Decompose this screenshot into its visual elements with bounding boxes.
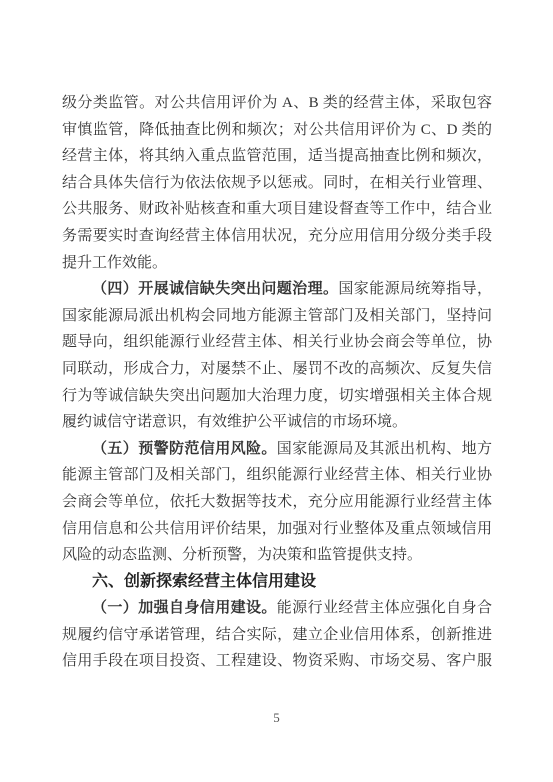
page-number: 5 [0,710,553,726]
text-line: 信用信息和公共信用评价结果，加强对行业整体及重点领域信用 [62,516,492,543]
body-text: 国家能源局及其派出机构、地方 [277,441,492,457]
body-text: 履约诚信守诺意识，有效维护公平诚信的市场环境。 [62,414,407,430]
text-line: 级分类监管。对公共信用评价为 A、B 类的经营主体，采取包容 [62,90,492,117]
text-line: 公共服务、财政补贴核查和重大项目建设督查等工作中，结合业 [62,196,492,223]
body-text: 风险的动态监测、分析预警，为决策和监管提供支持。 [62,547,422,563]
text-line: 审慎监管，降低抽查比例和频次；对公共信用评价为 C、D 类的 [62,117,492,144]
body-text: 提升工作效能。 [62,255,167,271]
paragraph-lead-text: （四）开展诚信缺失突出问题治理。 [92,281,338,297]
paragraph-lead-text: （五）预警防范信用风险。 [92,441,277,457]
body-text: 国家能源局派出机构会同地方能源主管部门及相关部门，坚持问 [62,308,492,324]
section-heading-line: 六、创新探索经营主体信用建设 [62,569,492,596]
text-line: 题导向，组织能源行业经营主体、相关行业协会商会等单位，协 [62,329,492,356]
body-text: 能源行业经营主体应强化自身合 [277,600,492,616]
text-line: 同联动，形成合力，对屡禁不止、屡罚不改的高频次、反复失信 [62,356,492,383]
text-line: （四）开展诚信缺失突出问题治理。国家能源局统筹指导， [62,276,492,303]
text-line: （五）预警防范信用风险。国家能源局及其派出机构、地方 [62,436,492,463]
document-page: 级分类监管。对公共信用评价为 A、B 类的经营主体，采取包容审慎监管，降低抽查比… [0,0,553,782]
text-line: 规履约信守承诺管理，结合实际，建立企业信用体系，创新推进 [62,622,492,649]
text-line: 风险的动态监测、分析预警，为决策和监管提供支持。 [62,542,492,569]
body-text: 信用手段在项目投资、工程建设、物资采购、市场交易、客户服 [62,653,492,669]
document-body: 级分类监管。对公共信用评价为 A、B 类的经营主体，采取包容审慎监管，降低抽查比… [62,90,492,675]
body-text: 结合具体失信行为依法依规予以惩戒。同时，在相关行业管理、 [62,175,492,191]
body-text: 审慎监管，降低抽查比例和频次；对公共信用评价为 C、D 类的 [62,122,492,138]
paragraph-lead-text: （一）加强自身信用建设。 [92,600,277,616]
section-heading-text: 六、创新探索经营主体信用建设 [92,573,316,590]
body-text: 规履约信守承诺管理，结合实际，建立企业信用体系，创新推进 [62,627,492,643]
body-text: 务需要实时查询经营主体信用状况，充分应用信用分级分类手段 [62,228,492,244]
text-line: 信用手段在项目投资、工程建设、物资采购、市场交易、客户服 [62,648,492,675]
text-line: 行为等诚信缺失突出问题加大治理力度，切实增强相关主体合规 [62,383,492,410]
body-text: 经营主体，将其纳入重点监管范围，适当提高抽查比例和频次， [62,148,492,164]
text-line: （一）加强自身信用建设。能源行业经营主体应强化自身合 [62,595,492,622]
body-text: 级分类监管。对公共信用评价为 A、B 类的经营主体，采取包容 [62,95,492,111]
body-text: 行为等诚信缺失突出问题加大治理力度，切实增强相关主体合规 [62,388,492,404]
text-line: 务需要实时查询经营主体信用状况，充分应用信用分级分类手段 [62,223,492,250]
body-text: 能源主管部门及相关部门，组织能源行业经营主体、相关行业协 [62,467,492,483]
body-text: 信用信息和公共信用评价结果，加强对行业整体及重点领域信用 [62,521,492,537]
text-line: 能源主管部门及相关部门，组织能源行业经营主体、相关行业协 [62,462,492,489]
text-line: 提升工作效能。 [62,250,492,277]
text-line: 履约诚信守诺意识，有效维护公平诚信的市场环境。 [62,409,492,436]
text-line: 国家能源局派出机构会同地方能源主管部门及相关部门，坚持问 [62,303,492,330]
body-text: 题导向，组织能源行业经营主体、相关行业协会商会等单位，协 [62,334,492,350]
text-line: 经营主体，将其纳入重点监管范围，适当提高抽查比例和频次， [62,143,492,170]
text-line: 会商会等单位，依托大数据等技术，充分应用能源行业经营主体 [62,489,492,516]
text-line: 结合具体失信行为依法依规予以惩戒。同时，在相关行业管理、 [62,170,492,197]
body-text: 同联动，形成合力，对屡禁不止、屡罚不改的高频次、反复失信 [62,361,492,377]
body-text: 公共服务、财政补贴核查和重大项目建设督查等工作中，结合业 [62,201,492,217]
body-text: 国家能源局统筹指导， [338,281,492,297]
body-text: 会商会等单位，依托大数据等技术，充分应用能源行业经营主体 [62,494,492,510]
